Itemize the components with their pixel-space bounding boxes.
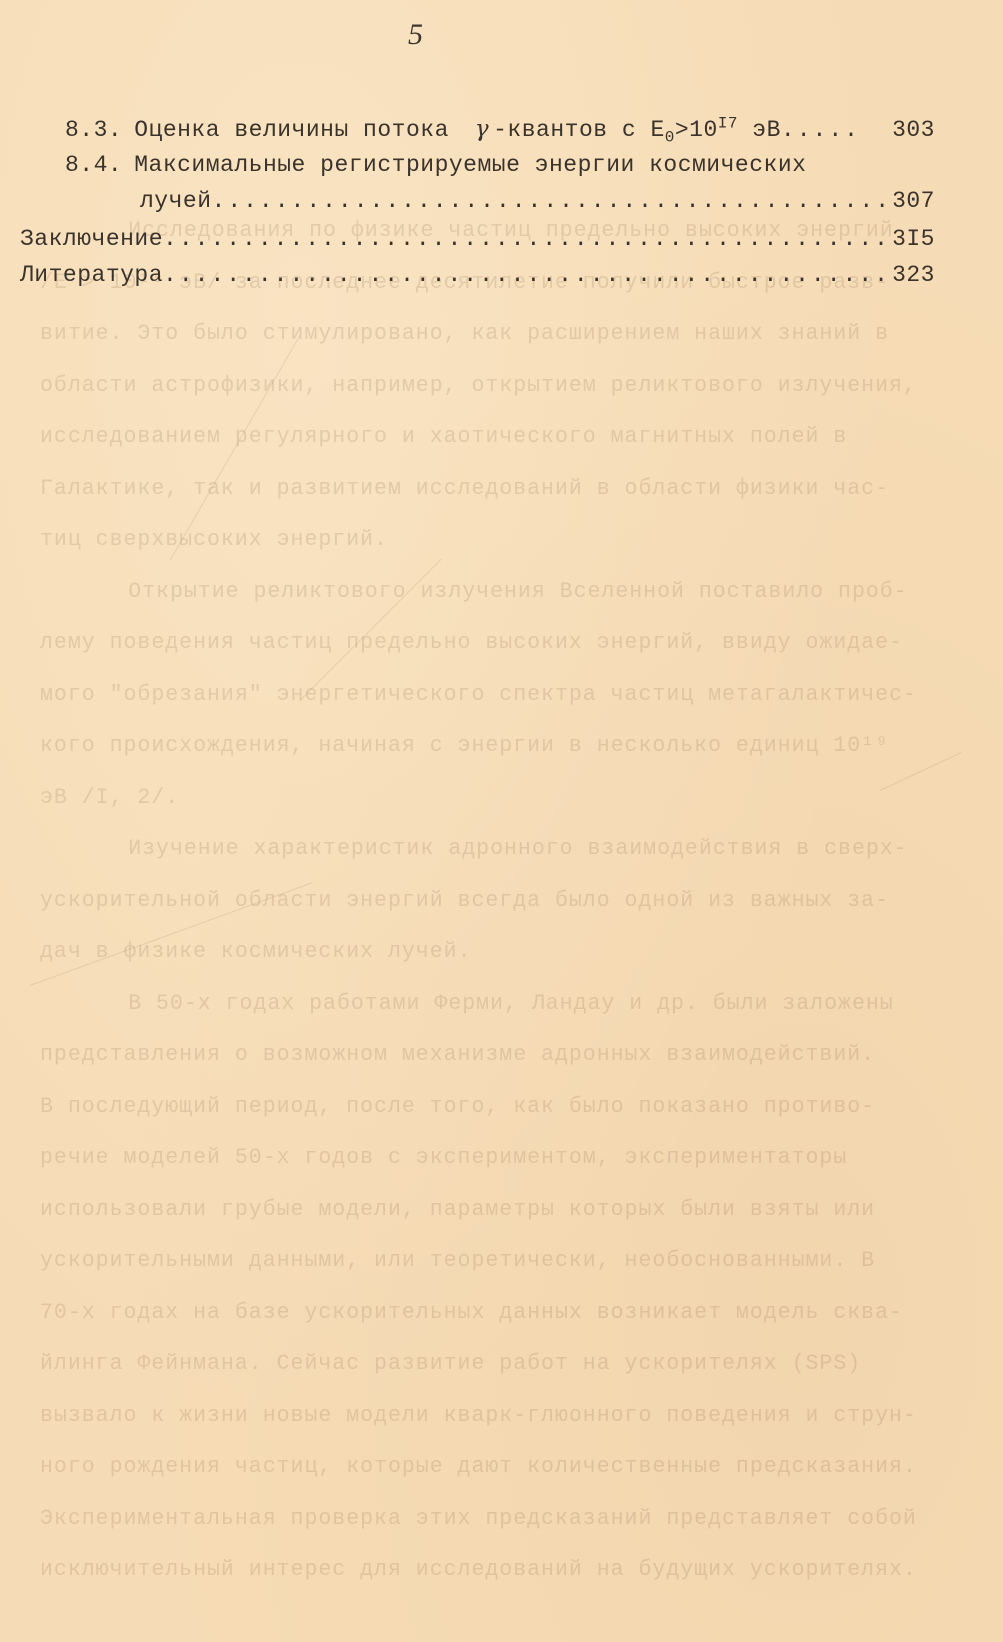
show-through-line: йлинга Фейнмана. Сейчас развитие работ н… <box>40 1338 951 1390</box>
show-through-text: Исследования по физике частиц предельно … <box>40 205 951 1596</box>
show-through-line: дач в физике космических лучей. <box>40 926 951 978</box>
show-through-line: ускорительной области энергий всегда был… <box>40 875 951 927</box>
leader-dots: ........................................… <box>163 262 890 288</box>
gamma-symbol: γ <box>475 116 489 142</box>
show-through-line: В 50-х годах работами Ферми, Ландау и др… <box>40 978 951 1030</box>
show-through-line: ускорительными данными, или теоретически… <box>40 1235 951 1287</box>
toc-entry-8-3[interactable]: 8.3. Оценка величины потокаγ-квантов с E… <box>65 116 935 143</box>
show-through-line: В последующий период, после того, как бы… <box>40 1081 951 1133</box>
toc-entry-number: 8.3. <box>65 117 122 143</box>
show-through-line: Экспериментальная проверка этих предсказ… <box>40 1493 951 1545</box>
show-through-line: Открытие реликтового излучения Вселенной… <box>40 566 951 618</box>
toc-entry-page: 303 <box>892 117 935 143</box>
show-through-line: тиц сверхвысоких энергий. <box>40 514 951 566</box>
show-through-line: использовали грубые модели, параметры ко… <box>40 1184 951 1236</box>
toc-entry-8-4[interactable]: 8.4. Максимальные регистрируемые энергии… <box>65 152 806 178</box>
toc-entry-page: 323 <box>892 262 935 288</box>
show-through-line: кого происхождения, начиная с энергии в … <box>40 720 951 772</box>
show-through-line: витие. Это было стимулировано, как расши… <box>40 308 951 360</box>
toc-entry-title: Заключение <box>20 226 163 252</box>
toc-entry-conclusion[interactable]: Заключение .............................… <box>20 226 935 252</box>
toc-entry-8-4-continued[interactable]: лучей ..................................… <box>140 188 935 214</box>
toc-entry-title-continued: лучей <box>140 188 212 214</box>
show-through-line: мого "обрезания" энергетического спектра… <box>40 669 951 721</box>
show-through-line: Галактике, так и развитием исследований … <box>40 463 951 515</box>
toc-entry-page: 307 <box>892 188 935 214</box>
show-through-line: области астрофизики, например, открытием… <box>40 360 951 412</box>
leader-dots: ..... <box>781 117 890 143</box>
show-through-line: ного рождения частиц, которые дают колич… <box>40 1441 951 1493</box>
show-through-line: лему поведения частиц предельно высоких … <box>40 617 951 669</box>
toc-entry-title: Литература <box>20 262 163 288</box>
show-through-line: речие моделей 50-х годов с экспериментом… <box>40 1132 951 1184</box>
show-through-line: вызвало к жизни новые модели кварк-глюон… <box>40 1390 951 1442</box>
leader-dots: ........................................… <box>163 226 890 252</box>
toc-entry-page: 3I5 <box>892 226 935 252</box>
leader-dots: ........................................… <box>212 188 891 214</box>
show-through-line: представления о возможном механизме адро… <box>40 1029 951 1081</box>
show-through-line: Изучение характеристик адронного взаимод… <box>40 823 951 875</box>
toc-entry-title: Максимальные регистрируемые энергии косм… <box>134 152 806 178</box>
show-through-line: 70-х годах на базе ускорительных данных … <box>40 1287 951 1339</box>
toc-entry-references[interactable]: Литература .............................… <box>20 262 935 288</box>
show-through-line: исключительный интерес для исследований … <box>40 1544 951 1596</box>
toc-entry-title: Оценка величины потокаγ-квантов с E0>10I… <box>134 116 781 143</box>
show-through-line: исследованием регулярного и хаотического… <box>40 411 951 463</box>
page-number: 5 <box>408 18 423 52</box>
toc-entry-number: 8.4. <box>65 152 122 178</box>
show-through-line: эВ /I, 2/. <box>40 772 951 824</box>
